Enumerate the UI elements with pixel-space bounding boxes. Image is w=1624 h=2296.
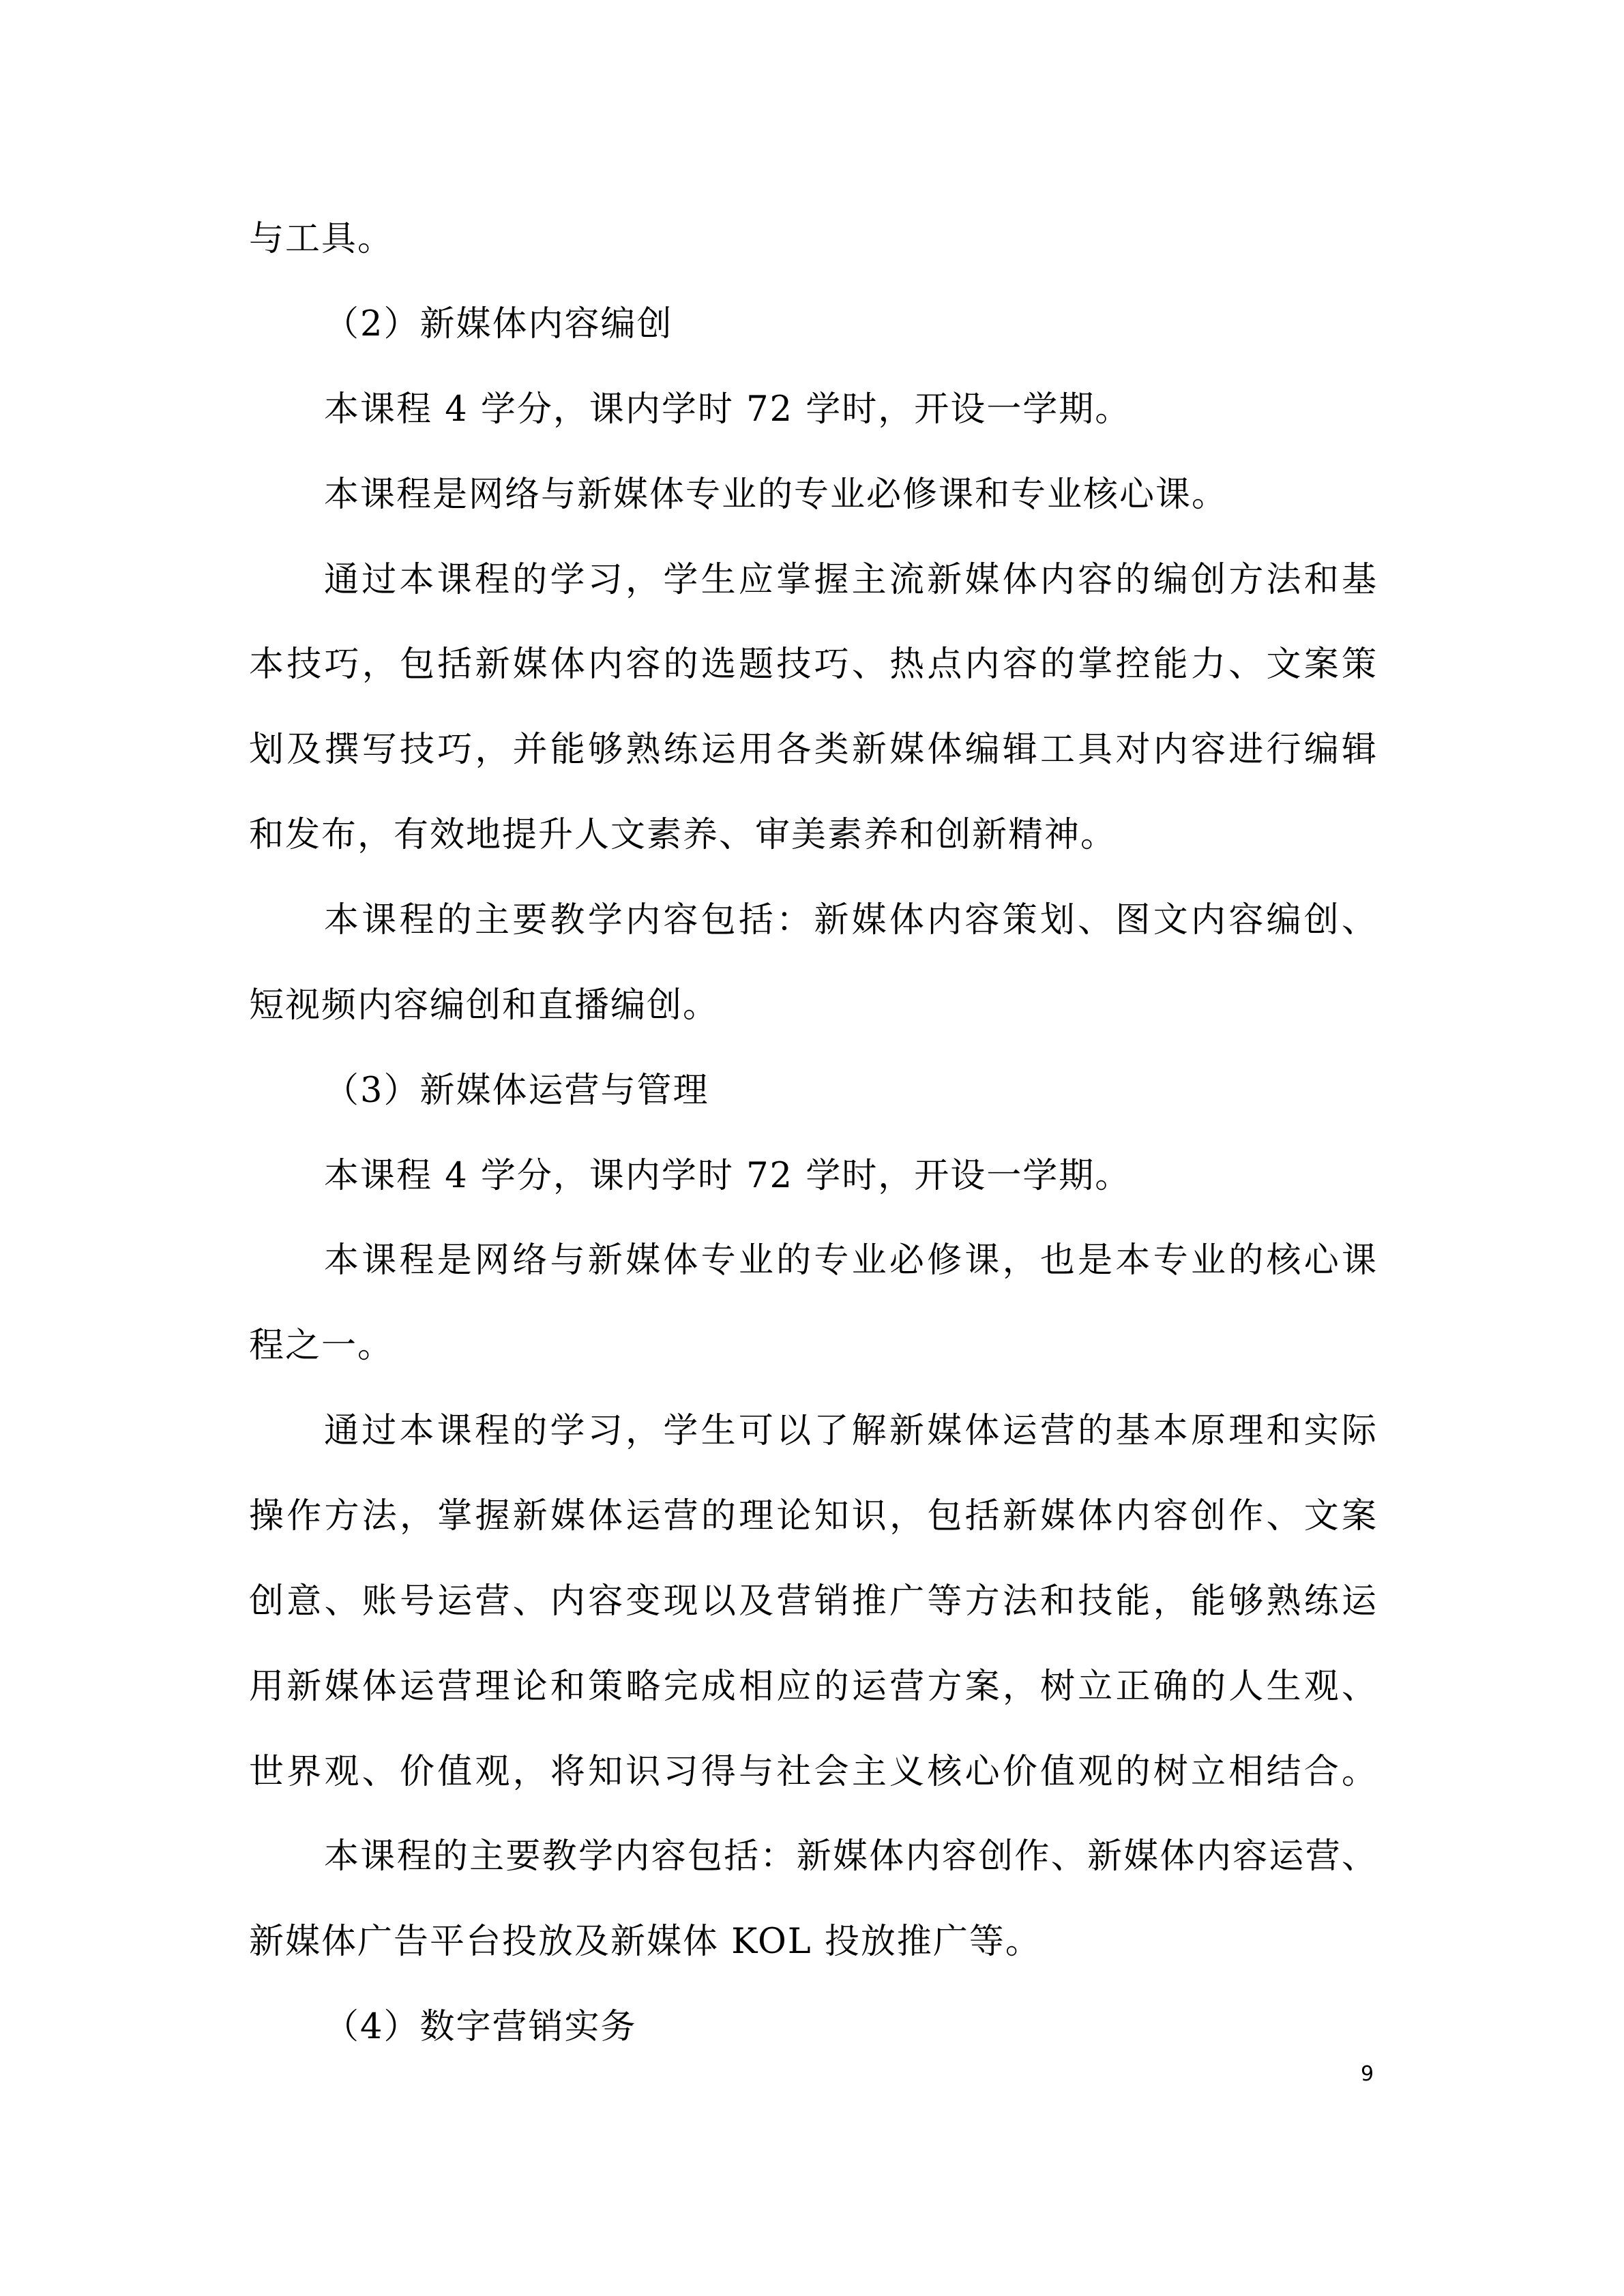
page-number: 9 bbox=[1361, 2061, 1374, 2088]
course-nature-line: 本课程是网络与新媒体专业的专业必修课，也是本专业的核心课 bbox=[324, 1234, 1378, 1288]
section-heading-new-media-operations: （3）新媒体运营与管理 bbox=[324, 1064, 1378, 1118]
course-objectives-line: 本技巧，包括新媒体内容的选题技巧、热点内容的掌控能力、文案策 bbox=[249, 638, 1378, 692]
course-content-line: 新媒体广告平台投放及新媒体 KOL 投放推广等。 bbox=[249, 1915, 1378, 1969]
text-line-continuation: 与工具。 bbox=[249, 212, 1378, 267]
course-content-line: 本课程的主要教学内容包括：新媒体内容策划、图文内容编创、 bbox=[324, 893, 1378, 948]
course-objectives-line: 通过本课程的学习，学生应掌握主流新媒体内容的编创方法和基 bbox=[324, 553, 1378, 608]
course-objectives-line: 通过本课程的学习，学生可以了解新媒体运营的基本原理和实际 bbox=[324, 1404, 1378, 1459]
course-objectives-line: 用新媒体运营理论和策略完成相应的运营方案，树立正确的人生观、 bbox=[249, 1660, 1378, 1714]
course-objectives-line: 划及撰写技巧，并能够熟练运用各类新媒体编辑工具对内容进行编辑 bbox=[249, 723, 1378, 777]
course-credits-line: 本课程 4 学分，课内学时 72 学时，开设一学期。 bbox=[324, 383, 1378, 437]
course-content-line: 本课程的主要教学内容包括：新媒体内容创作、新媒体内容运营、 bbox=[324, 1830, 1378, 1884]
course-objectives-line: 创意、账号运营、内容变现以及营销推广等方法和技能，能够熟练运 bbox=[249, 1575, 1378, 1629]
course-content-line: 短视频内容编创和直播编创。 bbox=[249, 979, 1378, 1033]
document-page: 与工具。 （2）新媒体内容编创 本课程 4 学分，课内学时 72 学时，开设一学… bbox=[0, 0, 1624, 2296]
course-objectives-line: 世界观、价值观，将知识习得与社会主义核心价值观的树立相结合。 bbox=[249, 1745, 1378, 1800]
course-credits-line: 本课程 4 学分，课内学时 72 学时，开设一学期。 bbox=[324, 1149, 1378, 1204]
course-nature-line: 程之一。 bbox=[249, 1319, 1378, 1373]
course-objectives-line: 和发布，有效地提升人文素养、审美素养和创新精神。 bbox=[249, 808, 1378, 863]
section-heading-digital-marketing: （4）数字营销实务 bbox=[324, 2000, 1378, 2055]
course-nature-line: 本课程是网络与新媒体专业的专业必修课和专业核心课。 bbox=[324, 468, 1378, 522]
section-heading-new-media-content-creation: （2）新媒体内容编创 bbox=[324, 297, 1378, 352]
course-objectives-line: 操作方法，掌握新媒体运营的理论知识，包括新媒体内容创作、文案 bbox=[249, 1489, 1378, 1544]
